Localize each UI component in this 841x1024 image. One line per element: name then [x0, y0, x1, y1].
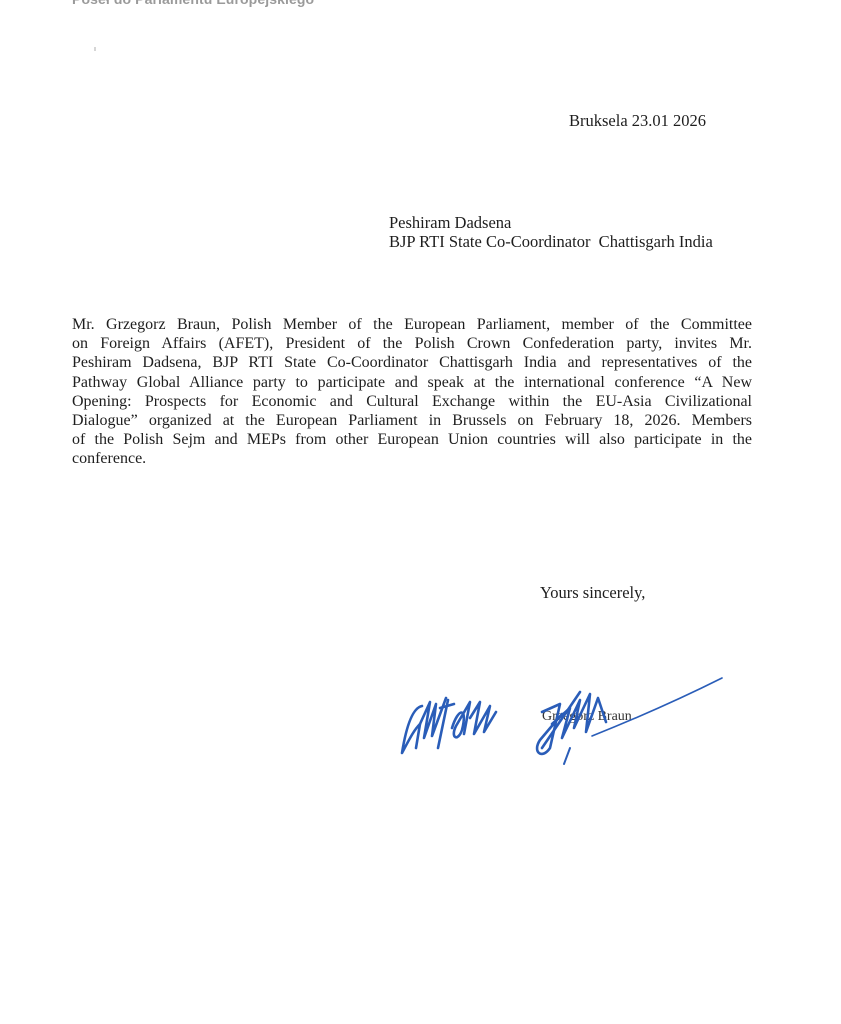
- place-date: Bruksela 23.01 2026: [569, 111, 706, 131]
- scan-speck: [94, 47, 96, 51]
- body-line: Opening: Prospects for Economic and Cult…: [72, 392, 752, 411]
- letterhead-header: Poseł do Parlamentu Europejskiego: [72, 0, 314, 7]
- body-line: Pathway Global Alliance party to partici…: [72, 373, 752, 392]
- recipient-name: Peshiram Dadsena: [389, 213, 713, 232]
- letter-body: Mr. Grzegorz Braun, Polish Member of the…: [72, 315, 752, 469]
- recipient-block: Peshiram DadsenaBJP RTI State Co-Coordin…: [389, 213, 713, 251]
- body-line: Mr. Grzegorz Braun, Polish Member of the…: [72, 315, 752, 334]
- body-line: conference.: [72, 449, 752, 468]
- body-line: Peshiram Dadsena, BJP RTI State Co-Coord…: [72, 353, 752, 372]
- recipient-title: BJP RTI State Co-Coordinator Chattisgarh…: [389, 232, 713, 251]
- closing: Yours sincerely,: [540, 583, 645, 603]
- body-line: Dialogue” organized at the European Parl…: [72, 411, 752, 430]
- signature-icon: [392, 668, 732, 768]
- body-line: of the Polish Sejm and MEPs from other E…: [72, 430, 752, 449]
- body-line: on Foreign Affairs (AFET), President of …: [72, 334, 752, 353]
